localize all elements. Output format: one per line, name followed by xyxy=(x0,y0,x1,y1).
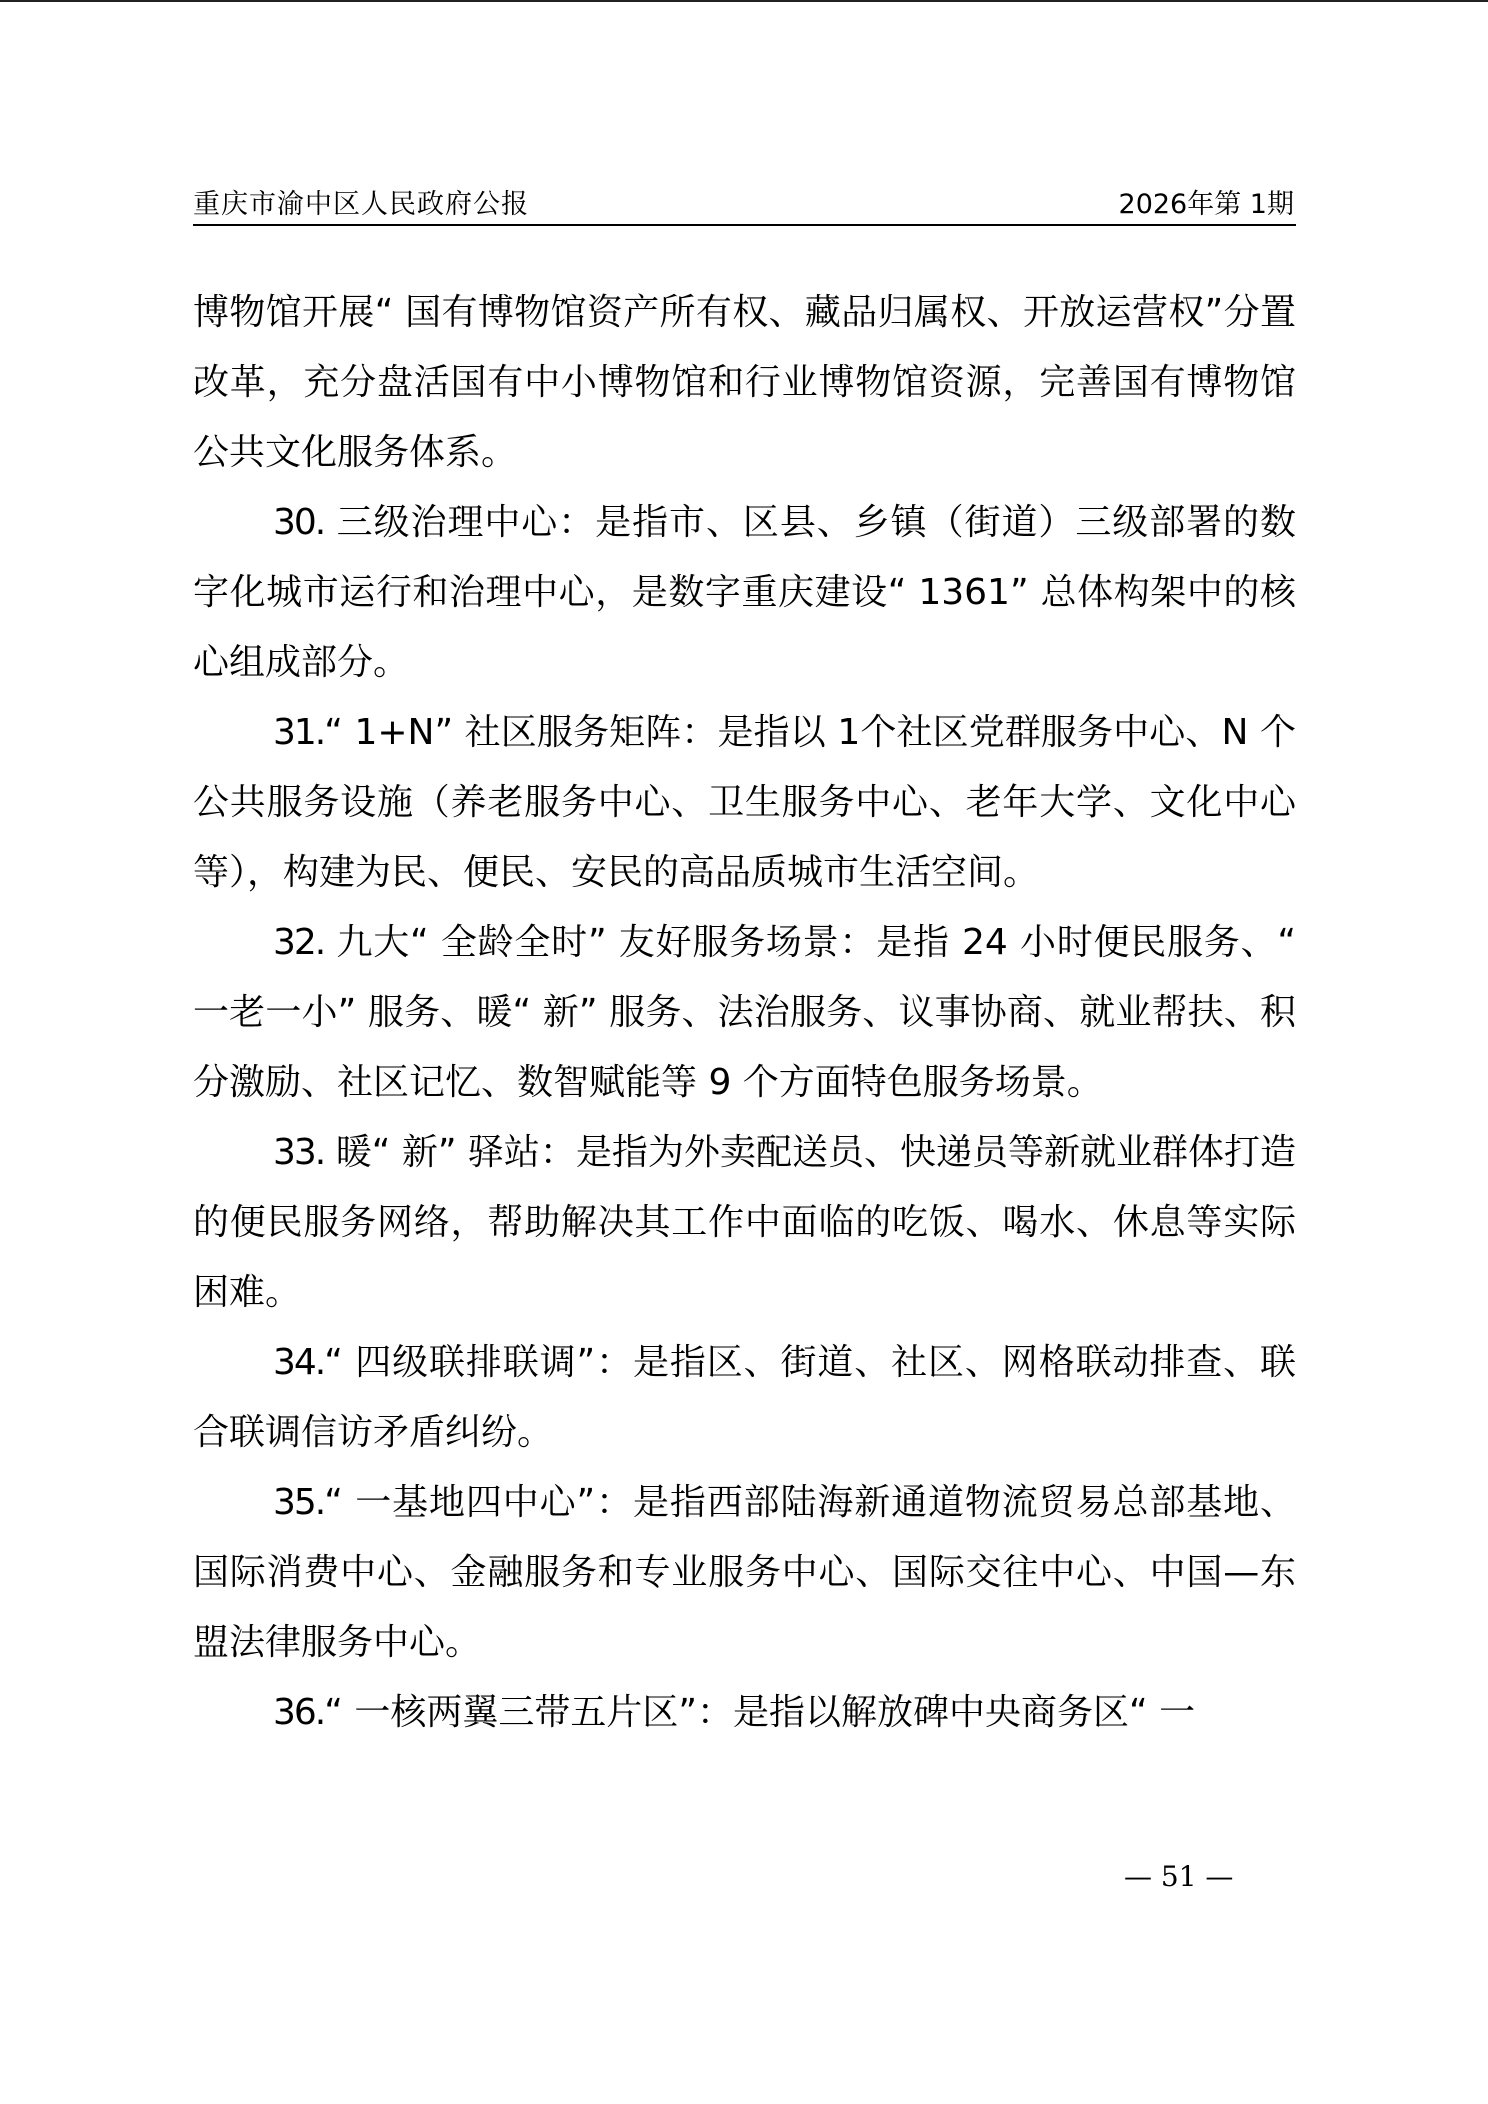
page-top-border xyxy=(0,0,1488,2)
page-number: — 51 — xyxy=(1124,1860,1233,1893)
paragraph-item-32: 32. 九大“ 全龄全时” 友好服务场景：是指 24 小时便民服务、“ 一老一小… xyxy=(193,908,1296,1118)
paragraph-item-36: 36.“ 一核两翼三带五片区”：是指以解放碑中央商务区“ 一 xyxy=(193,1678,1296,1748)
paragraph-text: “ 四级联排联调”：是指区、街道、社区、网格联动排查、联合联调信访矛盾纠纷。 xyxy=(193,1342,1296,1453)
document-body: 博物馆开展“ 国有博物馆资产所有权、藏品归属权、开放运营权”分置改革，充分盘活国… xyxy=(193,278,1296,1748)
paragraph-text: 博物馆开展“ 国有博物馆资产所有权、藏品归属权、开放运营权”分置改革，充分盘活国… xyxy=(193,292,1296,473)
paragraph-text: “ 一核两翼三带五片区”：是指以解放碑中央商务区“ 一 xyxy=(324,1692,1195,1733)
item-number: 31. xyxy=(273,712,324,753)
paragraph-item-30: 30. 三级治理中心：是指市、区县、乡镇（街道）三级部署的数字化城市运行和治理中… xyxy=(193,488,1296,698)
item-number: 34. xyxy=(273,1342,324,1383)
item-number: 30. xyxy=(273,502,324,543)
paragraph-item-34: 34.“ 四级联排联调”：是指区、街道、社区、网格联动排查、联合联调信访矛盾纠纷… xyxy=(193,1328,1296,1468)
paragraph-text: 九大“ 全龄全时” 友好服务场景：是指 24 小时便民服务、“ 一老一小” 服务… xyxy=(193,922,1296,1103)
item-number: 36. xyxy=(273,1692,324,1733)
item-number: 35. xyxy=(273,1482,324,1523)
publication-title: 重庆市渝中区人民政府公报 xyxy=(193,182,529,221)
paragraph-item-33: 33. 暖“ 新” 驿站：是指为外卖配送员、快递员等新就业群体打造的便民服务网络… xyxy=(193,1118,1296,1328)
paragraph-text: “ 一基地四中心”：是指西部陆海新通道物流贸易总部基地、国际消费中心、金融服务和… xyxy=(193,1482,1296,1663)
paragraph-text: “ 1+N” 社区服务矩阵：是指以 1个社区党群服务中心、N 个公共服务设施（养… xyxy=(193,712,1296,893)
paragraph-item-35: 35.“ 一基地四中心”：是指西部陆海新通道物流贸易总部基地、国际消费中心、金融… xyxy=(193,1468,1296,1678)
paragraph-text: 三级治理中心：是指市、区县、乡镇（街道）三级部署的数字化城市运行和治理中心，是数… xyxy=(193,502,1296,683)
paragraph-item-31: 31.“ 1+N” 社区服务矩阵：是指以 1个社区党群服务中心、N 个公共服务设… xyxy=(193,698,1296,908)
item-number: 32. xyxy=(273,922,324,963)
item-number: 33. xyxy=(273,1132,324,1173)
paragraph-text: 暖“ 新” 驿站：是指为外卖配送员、快递员等新就业群体打造的便民服务网络，帮助解… xyxy=(193,1132,1296,1313)
running-header: 重庆市渝中区人民政府公报 2026年第 1期 xyxy=(193,180,1296,226)
issue-number: 2026年第 1期 xyxy=(1119,182,1294,221)
paragraph-continuation: 博物馆开展“ 国有博物馆资产所有权、藏品归属权、开放运营权”分置改革，充分盘活国… xyxy=(193,278,1296,488)
